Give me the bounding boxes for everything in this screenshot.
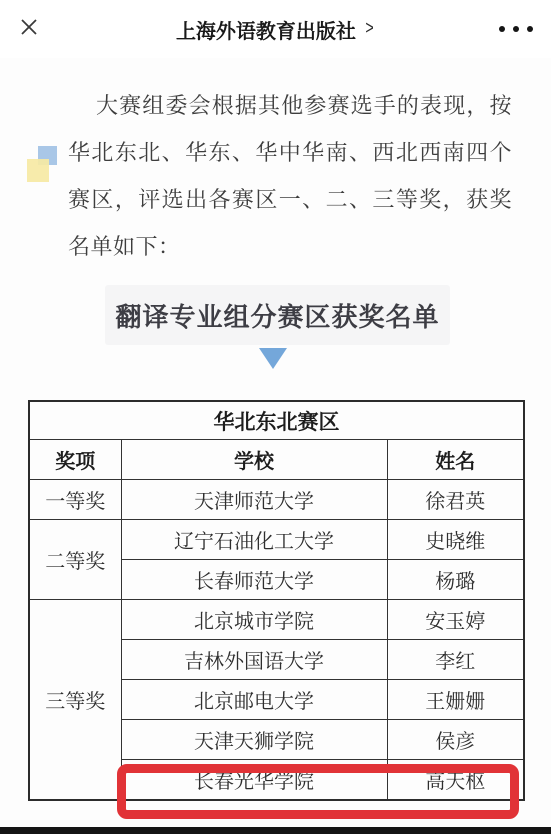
award-cell-first: 一等奖 (29, 480, 121, 520)
school-cell: 天津天狮学院 (121, 720, 387, 760)
triangle-down-icon (259, 348, 287, 369)
name-cell: 徐君英 (387, 480, 524, 520)
close-button[interactable] (16, 16, 42, 42)
decor-yellow-square (27, 159, 49, 182)
official-account-title[interactable]: 上海外语教育出版社 > (0, 0, 551, 58)
account-name-label: 上海外语教育出版社 (176, 15, 356, 44)
table-row: 三等奖 北京城市学院 安玉婷 (29, 600, 524, 640)
award-cell-third: 三等奖 (29, 600, 121, 801)
school-cell: 长春师范大学 (121, 560, 387, 600)
screenshot-bottom-edge (0, 827, 551, 834)
section-title: 翻译专业组分赛区获奖名单 (105, 285, 450, 345)
ellipsis-icon (513, 26, 519, 32)
more-menu-button[interactable] (495, 20, 537, 38)
ellipsis-icon (499, 26, 505, 32)
name-cell: 史晓维 (387, 520, 524, 560)
name-cell: 李红 (387, 640, 524, 680)
col-header-name: 姓名 (387, 440, 524, 480)
name-cell: 侯彦 (387, 720, 524, 760)
name-cell: 王姗姗 (387, 680, 524, 720)
school-cell: 辽宁石油化工大学 (121, 520, 387, 560)
close-icon (18, 16, 40, 43)
chevron-right-icon: > (365, 18, 373, 40)
col-header-award: 奖项 (29, 440, 121, 480)
award-cell-second: 二等奖 (29, 520, 121, 600)
award-table-container: 华北东北赛区 奖项 学校 姓名 一等奖 天津师范大学 徐君英 二等奖 辽宁石油化… (28, 400, 523, 801)
nav-bar: 上海外语教育出版社 > (0, 0, 551, 58)
section-title-label: 翻译专业组分赛区获奖名单 (115, 297, 439, 334)
col-header-school: 学校 (121, 440, 387, 480)
school-cell: 天津师范大学 (121, 480, 387, 520)
name-cell: 杨璐 (387, 560, 524, 600)
wechat-article-screen: 上海外语教育出版社 > 大赛组委会根据其他参赛选手的表现，按华北东北、华东、华中… (0, 0, 551, 834)
table-region-title: 华北东北赛区 (29, 401, 524, 440)
table-row: 一等奖 天津师范大学 徐君英 (29, 480, 524, 520)
ellipsis-icon (527, 26, 533, 32)
name-cell: 安玉婷 (387, 600, 524, 640)
article-paragraph: 大赛组委会根据其他参赛选手的表现，按华北东北、华东、华中华南、西北西南四个赛区，… (68, 82, 512, 270)
table-row: 二等奖 辽宁石油化工大学 史晓维 (29, 520, 524, 560)
name-cell: 高天枢 (387, 760, 524, 801)
school-cell: 长春光华学院 (121, 760, 387, 801)
school-cell: 吉林外国语大学 (121, 640, 387, 680)
school-cell: 北京邮电大学 (121, 680, 387, 720)
school-cell: 北京城市学院 (121, 600, 387, 640)
award-table: 华北东北赛区 奖项 学校 姓名 一等奖 天津师范大学 徐君英 二等奖 辽宁石油化… (28, 400, 525, 801)
